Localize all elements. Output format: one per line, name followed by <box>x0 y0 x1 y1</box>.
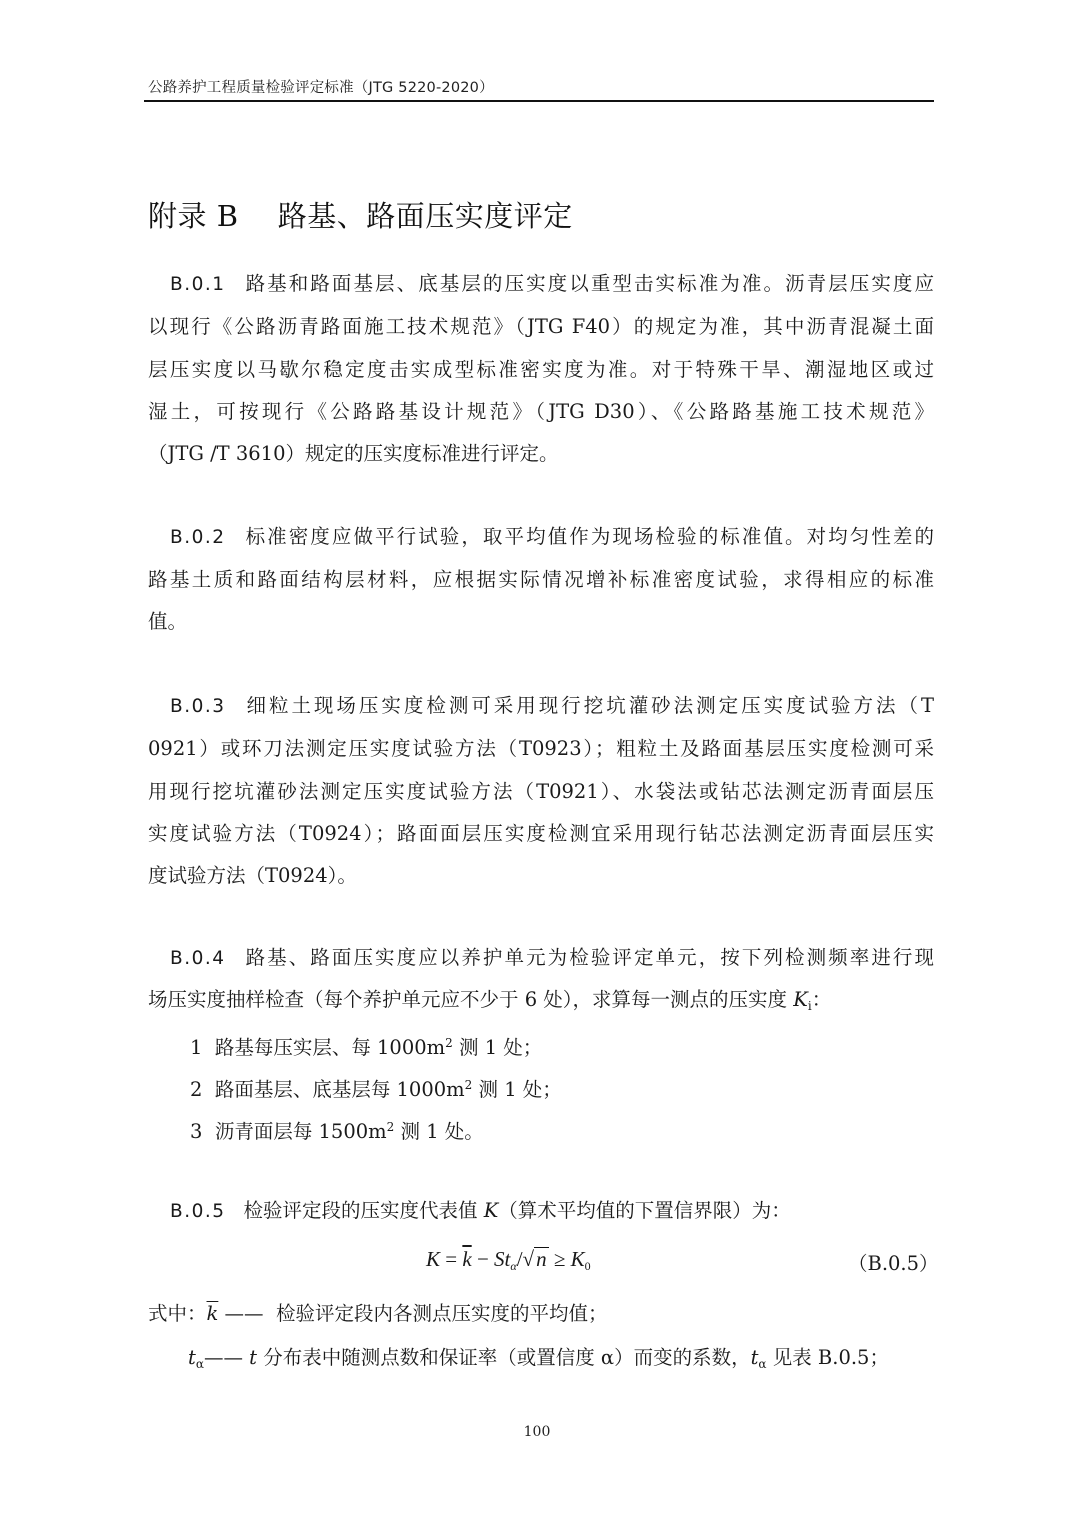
clause-line: （JTG /T 3610）规定的压实度标准进行评定。 <box>148 440 934 468</box>
list-item: 2 路面基层、底基层每 1000m2 测 1 处； <box>190 1071 562 1104</box>
clause-line: 场压实度抽样检查（每个养护单元应不少于 6 处），求算每一测点的压实度 Ki： <box>148 986 934 1020</box>
clause-line: B.0.2标准密度应做平行试验，取平均值作为现场检验的标准值。对均匀性差的 <box>148 523 934 552</box>
where-line-talpha: tα—— t 分布表中随测点数和保证率（或置信度 α）而变的系数，tα 见表 B… <box>188 1344 889 1378</box>
clause-line: 用现行挖坑灌砂法测定压实度试验方法（T0921）、水袋法或钻芯法测定沥青面层压 <box>148 778 934 806</box>
clause-number: B.0.3 <box>170 696 226 717</box>
clause-number: B.0.1 <box>170 274 226 295</box>
clause-line: B.0.1路基和路面基层、底基层的压实度以重型击实标准为准。沥青层压实度应 <box>148 270 934 299</box>
clause-number: B.0.4 <box>170 948 226 969</box>
clause-line: 实度试验方法（T0924）；路面面层压实度检测宜采用现行钻芯法测定沥青面层压实 <box>148 820 934 848</box>
clause-line: 0921）或环刀法测定压实度试验方法（T0923）；粗粒土及路面基层压实度检测可… <box>148 735 934 763</box>
clause-line: 层压实度以马歇尔稳定度击实成型标准密实度为准。对于特殊干旱、潮湿地区或过 <box>148 356 934 384</box>
page-number: 100 <box>0 1424 1074 1440</box>
running-header: 公路养护工程质量检验评定标准（JTG 5220-2020） <box>148 76 934 100</box>
header-rule <box>144 100 934 102</box>
where-line-kbar: 式中：k —— 检验评定段内各测点压实度的平均值； <box>148 1300 934 1328</box>
clause-line: B.0.3细粒土现场压实度检测可采用现行挖坑灌砂法测定压实度试验方法（T <box>148 692 934 721</box>
symbol-K: K <box>484 1199 499 1222</box>
list-item: 3 沥青面层每 1500m2 测 1 处。 <box>190 1113 484 1146</box>
clause-line: 值。 <box>148 608 934 636</box>
clause-line: B.0.4路基、路面压实度应以养护单元为检验评定单元，按下列检测频率进行现 <box>148 944 934 973</box>
clause-line: 湿土，可按现行《公路路基设计规范》（JTG D30）、《公路路基施工技术规范》 <box>148 398 934 426</box>
clause-line: 以现行《公路沥青路面施工技术规范》（JTG F40）的规定为准，其中沥青混凝土面 <box>148 313 934 341</box>
clause-number: B.0.2 <box>170 527 226 548</box>
formula-b05: K = k − Stα/√n ≥ K0 <box>426 1247 591 1274</box>
clause-line: 度试验方法（T0924）。 <box>148 862 934 890</box>
clause-line: B.0.5检验评定段的压实度代表值 K（算术平均值的下置信界限）为： <box>148 1197 934 1226</box>
clause-number: B.0.5 <box>170 1201 226 1222</box>
clause-line: 路基土质和路面结构层材料，应根据实际情况增补标准密度试验，求得相应的标准 <box>148 566 934 594</box>
k-bar: k <box>462 1247 471 1271</box>
equation-number: （B.0.5） <box>848 1248 939 1276</box>
appendix-title: 附录 B 路基、路面压实度评定 <box>148 194 573 235</box>
symbol-K: K <box>793 988 808 1011</box>
list-item: 1 路基每压实层、每 1000m2 测 1 处； <box>190 1029 542 1062</box>
sqrt-sign: √ <box>523 1247 535 1271</box>
